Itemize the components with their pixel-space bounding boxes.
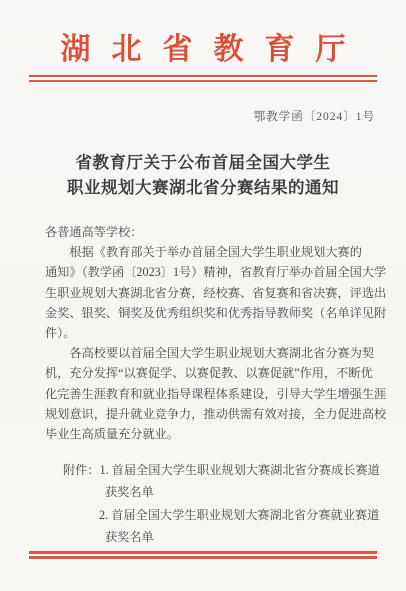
footer-double-rule [29,551,377,559]
notice-title-line2: 职业规划大赛湖北省分赛结果的通知 [0,175,406,200]
paragraph-requirements: 各高校要以首届全国大学生职业规划大赛湖北省分赛为契机，充分发挥“以赛促学、以赛促… [45,343,377,444]
letterhead-agency-title: 湖北省教育厅 [0,0,406,67]
paragraph-basis: 根据《教育部关于举办首届全国大学生职业规划大赛的通知》（教学函〔2023〕1号）… [45,242,377,343]
text-line: 附件：1. 首届全国大学生职业规划大赛湖北省分赛成长赛道 [63,459,377,481]
letterhead-double-rule [29,75,377,82]
text-line: 获奖名单 [105,526,377,548]
document-page: 湖北省教育厅 鄂教学函〔2024〕1号 省教育厅关于公布首届全国大学生 职业规划… [0,0,406,591]
text-line: 生职业规划大赛湖北省分赛，经校赛、省复赛和省决赛，评选出 [45,283,377,303]
text-line: 通知》（教学函〔2023〕1号）精神，省教育厅举办首届全国大学 [45,262,377,282]
text-line: 化完善生涯教育和就业指导课程体系建设，引导大学生增强生涯 [45,384,377,404]
text-line: 规划意识，提升就业竞争力，推动供需有效对接，全力促进高校 [45,404,377,424]
notice-title: 省教育厅关于公布首届全国大学生 职业规划大赛湖北省分赛结果的通知 [0,150,406,200]
text-line: 2. 首届全国大学生职业规划大赛湖北省分赛就业赛道 [99,504,377,526]
text-line: 件）。 [45,323,377,343]
text-line: 根据《教育部关于举办首届全国大学生职业规划大赛的 [45,242,377,262]
attachment-list: 附件：1. 首届全国大学生职业规划大赛湖北省分赛成长赛道获奖名单2. 首届全国大… [45,459,377,548]
doc-number: 鄂教学函〔2024〕1号 [0,110,375,124]
notice-body: 各普通高等学校： 根据《教育部关于举办首届全国大学生职业规划大赛的通知》（教学函… [45,222,377,548]
salutation: 各普通高等学校： [45,222,377,242]
text-line: 获奖名单 [105,481,377,503]
text-line: 毕业生高质量充分就业。 [45,424,377,444]
text-line: 机，充分发挥“以赛促学、以赛促教、以赛促就”作用，不断优 [45,363,377,383]
notice-title-line1: 省教育厅关于公布首届全国大学生 [0,150,406,175]
text-line: 金奖、银奖、铜奖及优秀组织奖和优秀指导教师奖（名单详见附 [45,303,377,323]
text-line: 各高校要以首届全国大学生职业规划大赛湖北省分赛为契 [45,343,377,363]
